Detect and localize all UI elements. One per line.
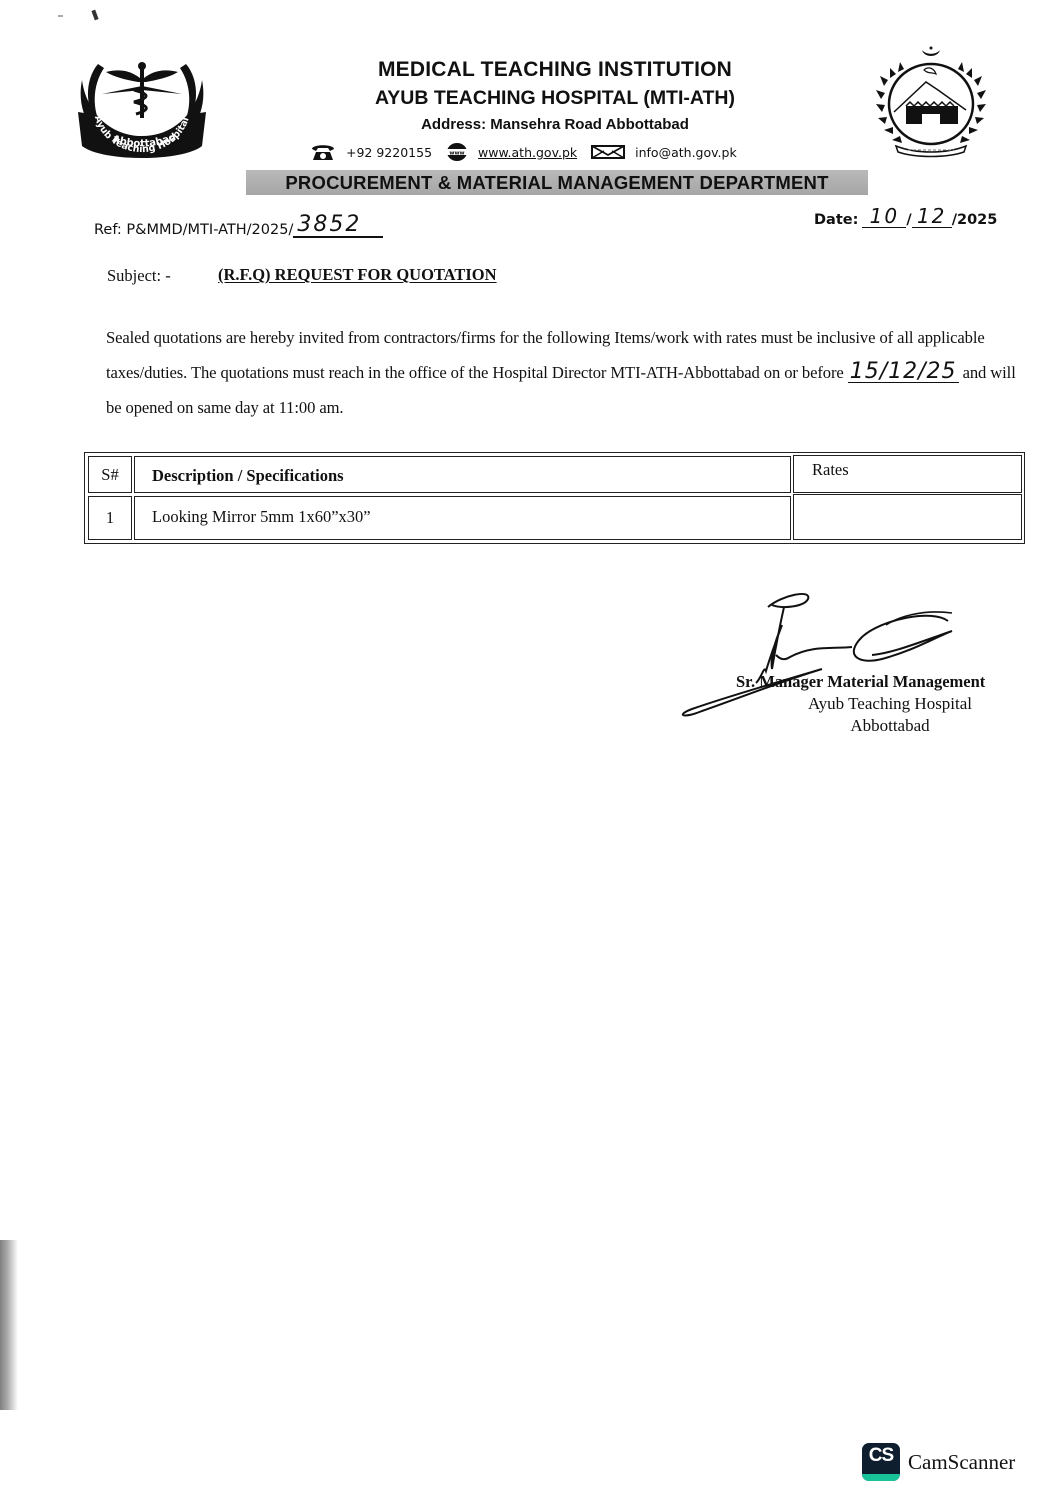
header-rates: Rates: [793, 455, 1022, 493]
invitation-paragraph: Sealed quotations are hereby invited fro…: [106, 320, 1026, 425]
hospital-address: Address: Mansehra Road Abbottabad: [250, 116, 860, 133]
row-serial: 1: [88, 496, 132, 540]
camscanner-text: CamScanner: [908, 1450, 1015, 1475]
signatory-organization: Ayub Teaching Hospital: [740, 694, 1040, 714]
reference-line: Ref: P&MMD/MTI-ATH/2025/ 3852: [94, 214, 383, 238]
subject-text: (R.F.Q) REQUEST FOR QUOTATION: [218, 265, 497, 285]
items-table: S# Description / Specifications Rates 1 …: [84, 452, 1025, 544]
scan-edge-shadow: [0, 1240, 18, 1410]
website-link[interactable]: www.ath.gov.pk: [478, 145, 577, 160]
email-address[interactable]: info@ath.gov.pk: [635, 145, 737, 160]
row-rate: [793, 494, 1022, 540]
svg-text:www: www: [449, 150, 464, 156]
date-day: 10: [862, 205, 906, 228]
telephone-icon: [310, 143, 336, 161]
row-description: Looking Mirror 5mm 1x60”x30”: [134, 496, 791, 540]
header-serial: S#: [88, 456, 132, 493]
camscanner-logo-icon: CS: [862, 1443, 900, 1481]
scan-speck: [58, 15, 63, 17]
hospital-logo-icon: Ayub Teaching Hospital Abbottabad: [72, 50, 212, 160]
signatory-city: Abbottabad: [740, 716, 1040, 736]
institution-name: MEDICAL TEACHING INSTITUTION: [250, 58, 860, 82]
signatory-title: Sr. Manager Material Management: [736, 672, 985, 692]
date-month: 12: [912, 205, 952, 228]
reference-prefix: Ref: P&MMD/MTI-ATH/2025/: [94, 222, 293, 238]
government-emblem-icon: [866, 46, 996, 161]
envelope-icon: [591, 145, 625, 159]
date-year: /2025: [952, 212, 998, 228]
reference-number: 3852: [293, 214, 383, 238]
camscanner-watermark: CS CamScanner: [862, 1443, 1015, 1481]
header-description: Description / Specifications: [134, 456, 791, 493]
department-banner: PROCUREMENT & MATERIAL MANAGEMENT DEPART…: [246, 170, 868, 195]
scan-speck: [91, 10, 98, 21]
globe-www-icon: www: [446, 142, 468, 162]
hospital-name: AYUB TEACHING HOSPITAL (MTI-ATH): [250, 87, 860, 110]
contact-line: +92 9220155 www www.ath.gov.pk info@ath.…: [310, 140, 780, 164]
subject-label: Subject: -: [107, 266, 171, 286]
deadline-date: 15/12/25: [848, 362, 959, 383]
phone-number: +92 9220155: [346, 145, 432, 160]
date-line: Date: 10 / 12 /2025: [814, 205, 997, 228]
date-label: Date:: [814, 212, 858, 228]
